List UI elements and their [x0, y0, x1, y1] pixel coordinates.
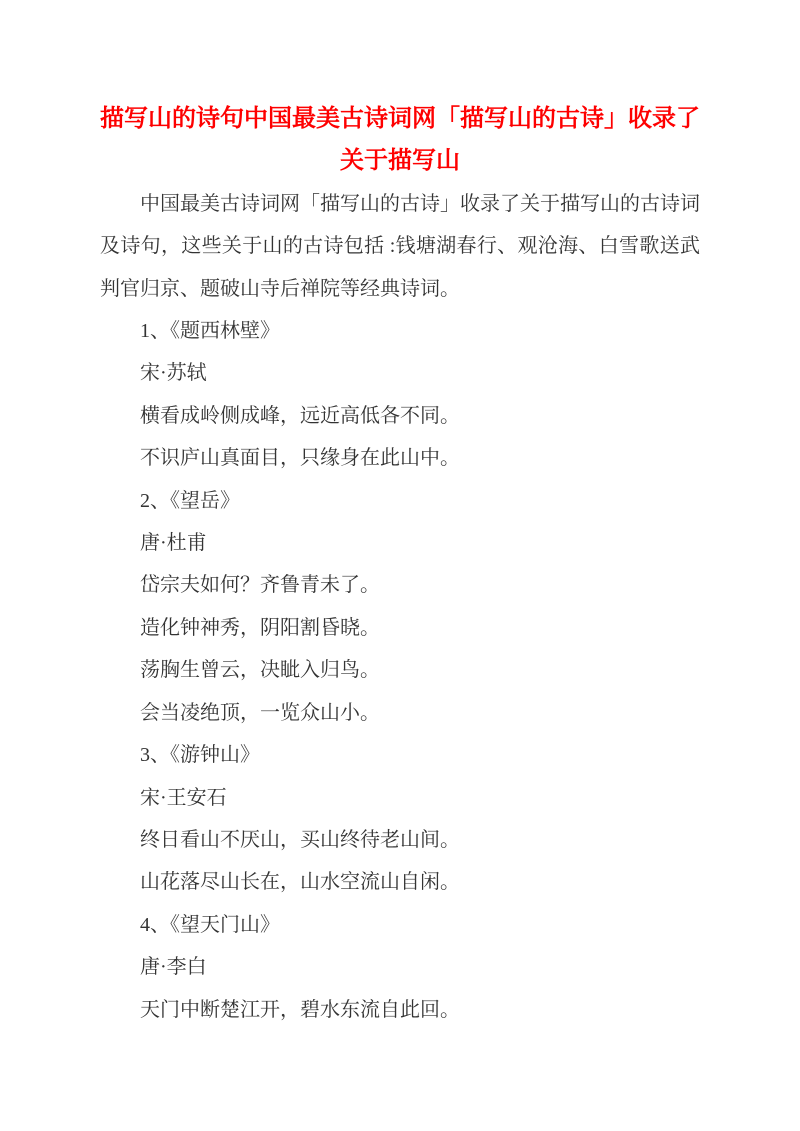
poem-author: 宋·苏轼: [100, 352, 700, 394]
intro-paragraph: 中国最美古诗词网「描写山的古诗」收录了关于描写山的古诗词及诗句，这些关于山的古诗…: [100, 183, 700, 310]
poem-verse: 岱宗夫如何？齐鲁青未了。: [100, 564, 700, 606]
document-title-line-2: 关于描写山: [100, 140, 700, 182]
poem-verse: 天门中断楚江开，碧水东流自此回。: [100, 989, 700, 1031]
poem-verse: 终日看山不厌山，买山终待老山间。: [100, 819, 700, 861]
poem-section: 3、《游钟山》 宋·王安石 终日看山不厌山，买山终待老山间。山花落尽山长在，山水…: [100, 734, 700, 904]
poem-author: 唐·李白: [100, 946, 700, 988]
poem-verse: 山花落尽山长在，山水空流山自闲。: [100, 861, 700, 903]
document-page: 描写山的诗句中国最美古诗词网「描写山的古诗」收录了 关于描写山 中国最美古诗词网…: [0, 0, 800, 1131]
poem-heading: 3、《游钟山》: [100, 734, 700, 776]
poem-list: 1、《题西林壁》 宋·苏轼 横看成岭侧成峰，远近高低各不同。不识庐山真面目，只缘…: [100, 310, 700, 1031]
poem-verse: 横看成岭侧成峰，远近高低各不同。: [100, 395, 700, 437]
poem-heading: 1、《题西林壁》: [100, 310, 700, 352]
poem-section: 4、《望天门山》 唐·李白 天门中断楚江开，碧水东流自此回。: [100, 904, 700, 1031]
poem-author: 宋·王安石: [100, 777, 700, 819]
poem-author: 唐·杜甫: [100, 522, 700, 564]
poem-heading: 2、《望岳》: [100, 480, 700, 522]
poem-verse: 荡胸生曾云，决眦入归鸟。: [100, 649, 700, 691]
poem-verse: 会当凌绝顶，一览众山小。: [100, 692, 700, 734]
poem-section: 2、《望岳》 唐·杜甫 岱宗夫如何？齐鲁青未了。造化钟神秀，阴阳割昏晓。荡胸生曾…: [100, 480, 700, 734]
poem-verse: 造化钟神秀，阴阳割昏晓。: [100, 607, 700, 649]
poem-section: 1、《题西林壁》 宋·苏轼 横看成岭侧成峰，远近高低各不同。不识庐山真面目，只缘…: [100, 310, 700, 480]
document-title-line-1: 描写山的诗句中国最美古诗词网「描写山的古诗」收录了: [100, 98, 700, 140]
poem-verse: 不识庐山真面目，只缘身在此山中。: [100, 437, 700, 479]
poem-heading: 4、《望天门山》: [100, 904, 700, 946]
document-title: 描写山的诗句中国最美古诗词网「描写山的古诗」收录了 关于描写山: [100, 98, 700, 183]
